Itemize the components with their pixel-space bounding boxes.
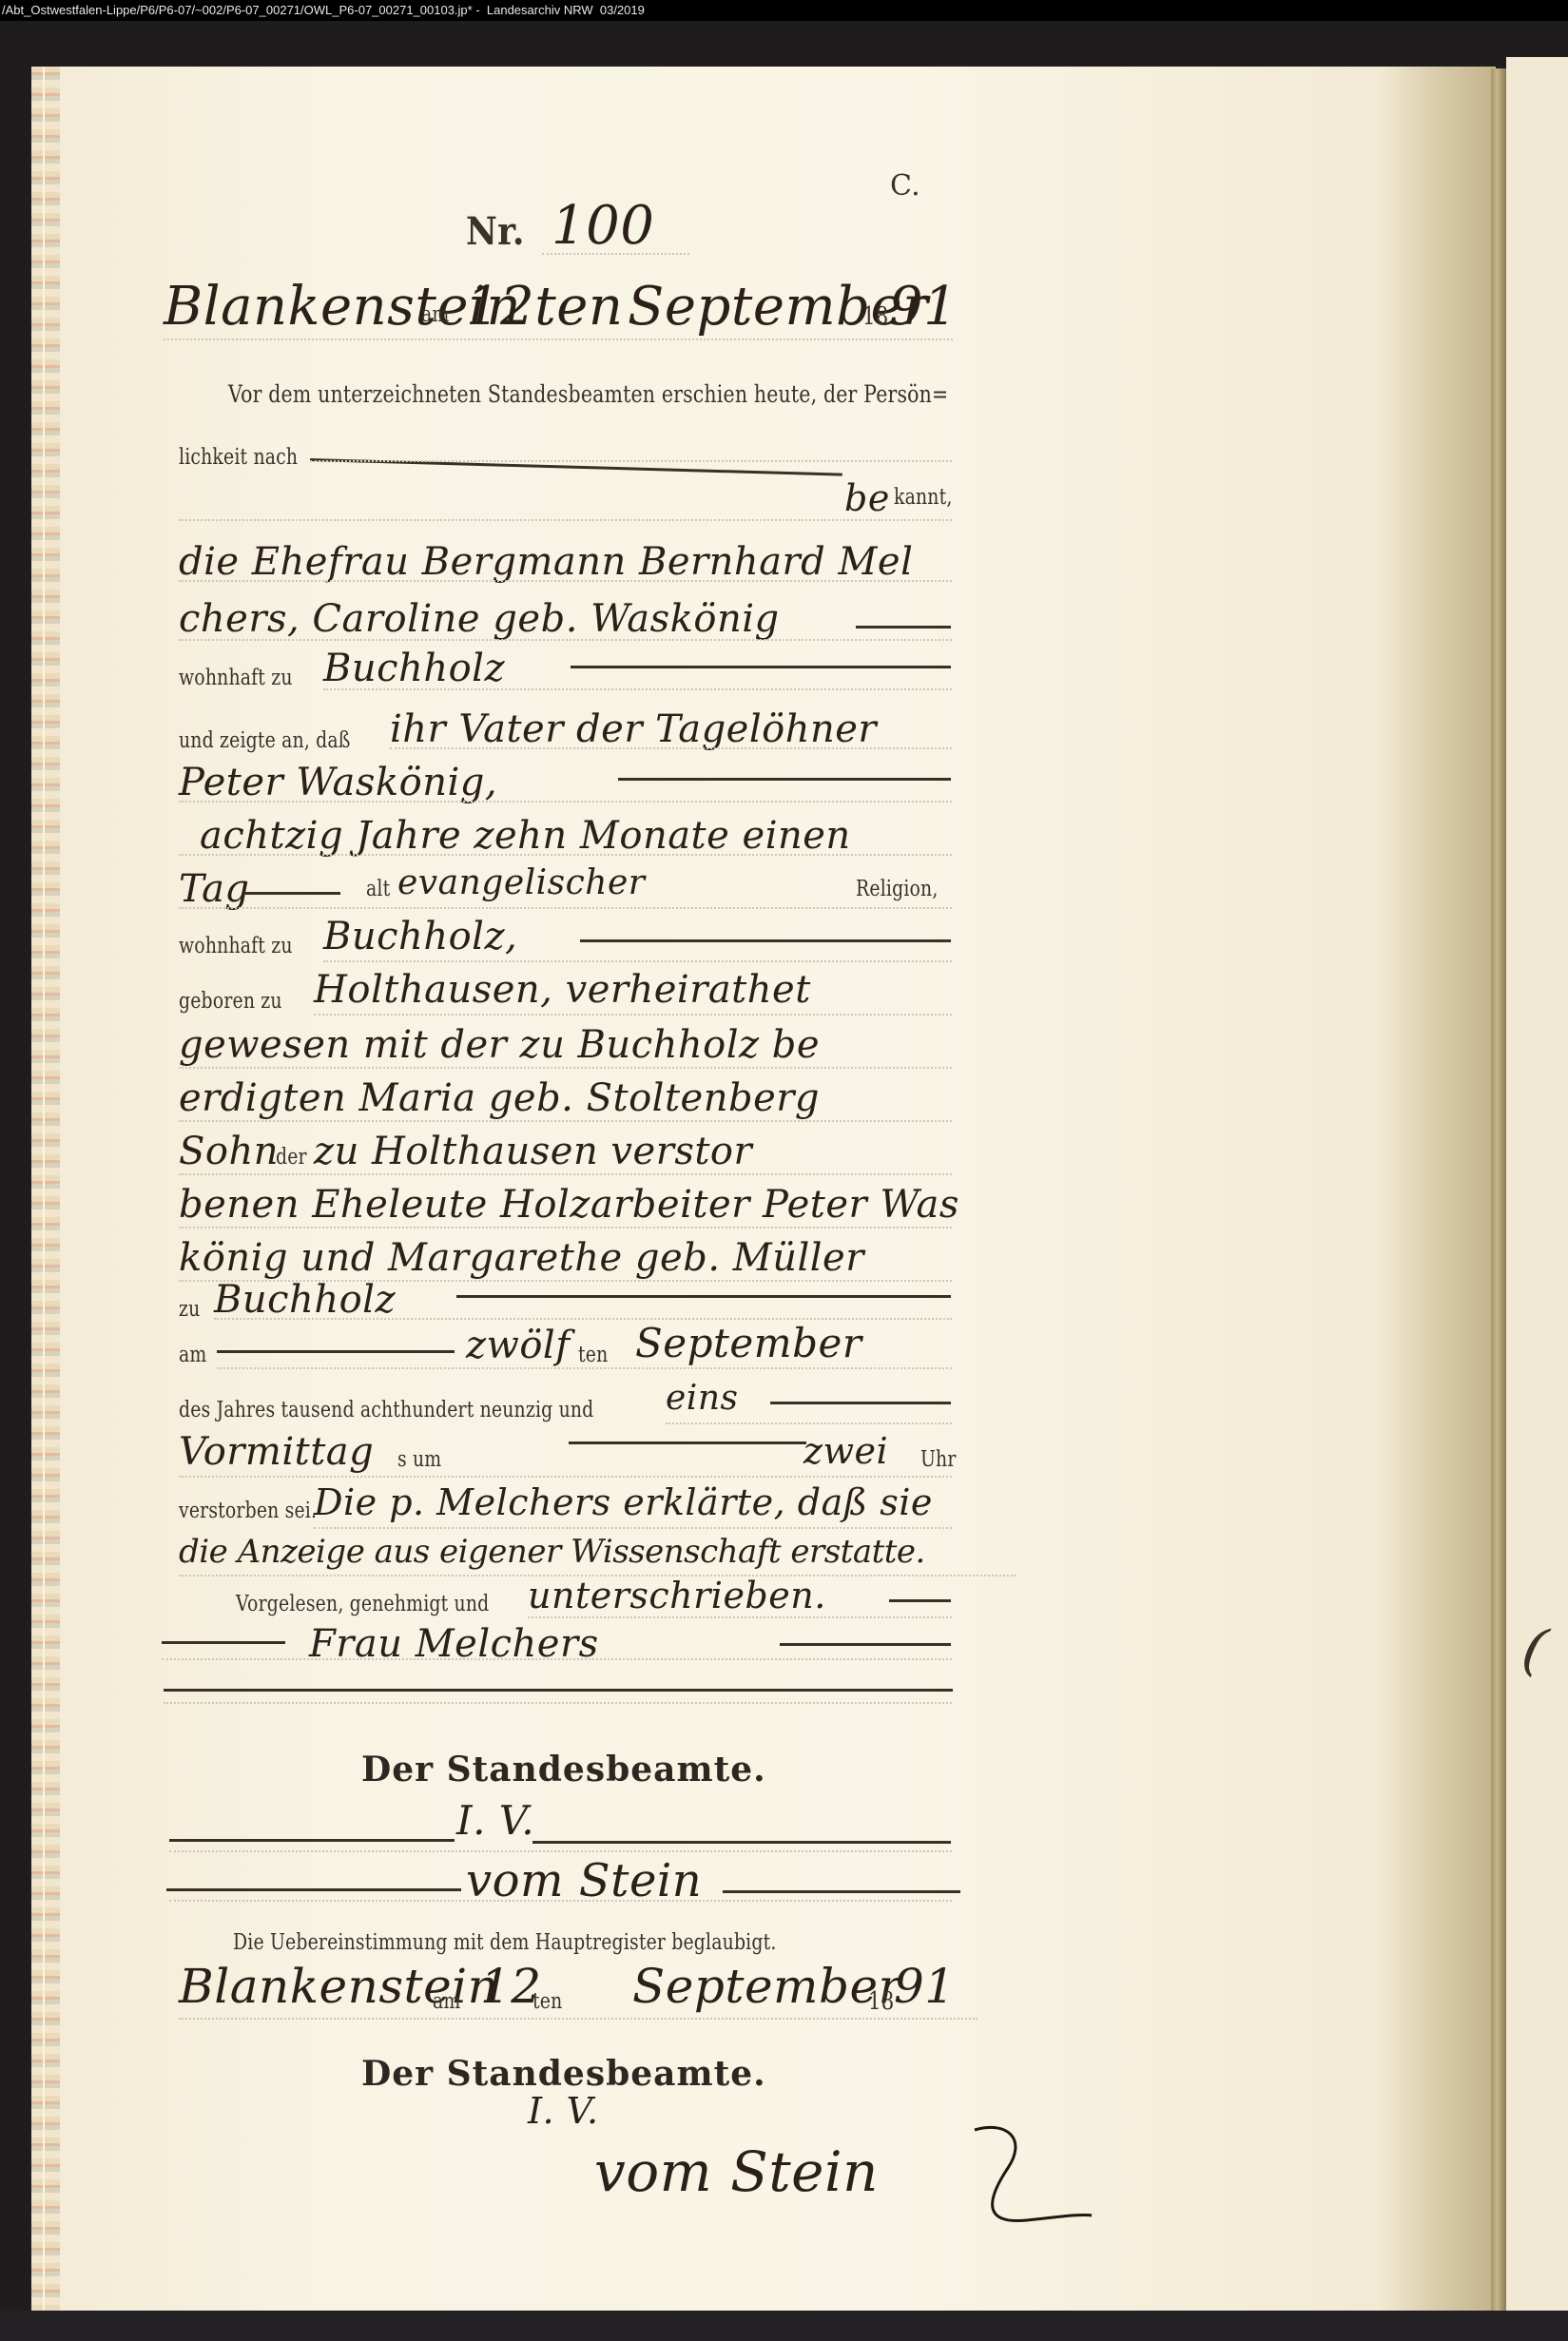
dotted-line	[179, 519, 952, 521]
identity-suffix: kannt,	[894, 485, 953, 510]
dotted-line	[323, 688, 952, 690]
death-day-word: zwölf	[466, 1324, 571, 1367]
dotted-line	[169, 1850, 952, 1852]
signature-line-right	[780, 1643, 951, 1646]
record-number-label: Nr.	[466, 209, 525, 254]
form-letter: C.	[890, 169, 920, 203]
declaration-label: verstorben sei.	[179, 1499, 317, 1523]
ink-filler-line	[456, 1295, 951, 1298]
year-suffix: 91	[889, 276, 958, 338]
birth-line-3: erdigten Maria geb. Stoltenberg	[179, 1076, 820, 1120]
signature-line-left	[162, 1641, 285, 1644]
intro-line: Vor dem unterzeichneten Standesbeamten e…	[228, 380, 948, 408]
residence-value: Buchholz	[323, 647, 505, 690]
dotted-line	[179, 907, 952, 909]
death-month: September	[635, 1320, 861, 1366]
dotted-line	[323, 960, 952, 962]
dotted-line	[179, 639, 952, 641]
dotted-line	[390, 747, 952, 749]
religion-label: Religion,	[856, 877, 939, 901]
declaration-line-2: die Anzeige aus eigener Wissenschaft ers…	[179, 1533, 925, 1571]
signature-flourish	[970, 2101, 1094, 2244]
window-title-bar: /Abt_Ostwestfalen-Lippe/P6/P6-07/~002/P6…	[0, 0, 1568, 21]
alt-label: alt	[366, 877, 390, 901]
ink-filler-line	[245, 892, 340, 895]
announcement-label: und zeigte an, daß	[179, 728, 351, 753]
death-place-value: Buchholz	[214, 1278, 396, 1322]
informant-line-2: chers, Caroline geb. Waskönig	[179, 597, 780, 641]
year-label: des Jahres tausend achthundert neunzig u…	[179, 1398, 593, 1422]
date-dotted-line	[164, 339, 953, 340]
read-approved-value: unterschrieben.	[528, 1575, 826, 1616]
cert-month: September	[632, 1959, 901, 2014]
der-label: der	[276, 1145, 307, 1170]
cert-am-label: am	[433, 1989, 460, 2014]
dotted-line	[179, 1227, 952, 1229]
am-label: am	[421, 302, 449, 327]
dotted-line	[666, 1422, 952, 1424]
residence-label: wohnhaft zu	[179, 666, 293, 690]
registrar-signature-2: vom Stein	[594, 2139, 879, 2204]
dotted-line	[179, 2018, 978, 2020]
death-am-label: am	[179, 1343, 206, 1367]
birth-line-5: benen Eheleute Holzarbeiter Peter Was	[179, 1183, 959, 1227]
date-day: 12ten	[466, 276, 623, 338]
ink-line	[723, 1890, 960, 1893]
uhr-label: Uhr	[920, 1447, 957, 1472]
dotted-line	[314, 1527, 952, 1529]
record-number-value: 100	[552, 195, 654, 257]
announcement-line-2: Peter Waskönig,	[179, 761, 497, 804]
page-edge-stack	[31, 67, 60, 2311]
birth-line-4-rest: zu Holthausen verstor	[314, 1130, 752, 1173]
time-hour: zwei	[803, 1430, 888, 1472]
ink-line	[532, 1841, 951, 1844]
ink-line	[166, 1888, 461, 1891]
identity-handwritten: be	[844, 477, 890, 519]
ink-filler-line	[889, 1599, 951, 1602]
deceased-residence-value: Buchholz,	[323, 915, 517, 958]
adjacent-page: (	[1506, 57, 1568, 2311]
dotted-line	[164, 1702, 952, 1704]
identity-dotted-line	[310, 460, 952, 462]
registrar-iv-2: I. V.	[528, 2090, 599, 2132]
dotted-line	[314, 1014, 952, 1016]
registrar-heading: Der Standesbeamte.	[361, 1750, 766, 1790]
cert-ten-suffix: ten	[532, 1989, 562, 2014]
dotted-line	[179, 1476, 952, 1478]
announcement-line-1: ihr Vater der Tagelöhner	[390, 707, 877, 751]
announcement-line-4: Tag	[179, 867, 250, 911]
certification-text: Die Uebereinstimmung mit dem Hauptregist…	[233, 1930, 777, 1955]
dotted-line	[179, 1173, 952, 1175]
ink-line	[169, 1839, 455, 1842]
ten-suffix: ten	[578, 1343, 608, 1367]
deceased-residence-label: wohnhaft zu	[179, 934, 293, 958]
ink-closing-line	[164, 1689, 953, 1692]
ink-filler-line	[571, 666, 951, 668]
year-prefix: 18	[862, 302, 888, 331]
registrar-iv: I. V.	[456, 1797, 534, 1844]
adjacent-page-ink-mark: (	[1517, 1615, 1552, 1684]
dotted-line	[217, 1367, 952, 1369]
ink-filler-line	[618, 778, 951, 781]
year-value: eins	[666, 1379, 738, 1418]
birth-line-6: könig und Margarethe geb. Müller	[179, 1236, 864, 1280]
scan-background	[0, 2311, 1568, 2341]
ink-filler-line	[217, 1350, 455, 1353]
death-place-label: zu	[179, 1297, 200, 1322]
birth-line-4-sohn: Sohn	[179, 1130, 279, 1173]
dotted-line	[162, 1658, 952, 1660]
time-period: Vormittag	[179, 1430, 374, 1474]
dotted-line	[528, 1616, 952, 1618]
declaration-line-1: Die p. Melchers erklärte, daß sie	[314, 1481, 933, 1523]
dotted-line	[179, 854, 952, 856]
ink-filler-line	[856, 626, 951, 629]
number-dotted-line	[542, 253, 689, 255]
dotted-line	[169, 1900, 952, 1902]
identity-label: lichkeit nach	[179, 445, 298, 470]
informant-line-1: die Ehefrau Bergmann Bernhard Mel	[179, 540, 913, 584]
dotted-line	[179, 1120, 952, 1122]
birth-label: geboren zu	[179, 989, 282, 1014]
religion-value: evangelischer	[397, 863, 646, 902]
ink-filler-line	[770, 1402, 951, 1404]
registrar-heading-2: Der Standesbeamte.	[361, 2054, 766, 2094]
birth-line-2: gewesen mit der zu Buchholz be	[179, 1023, 820, 1067]
dotted-line	[179, 580, 952, 582]
birth-line-1: Holthausen, verheirathet	[314, 968, 811, 1012]
read-approved-label: Vorgelesen, genehmigt und	[236, 1592, 489, 1616]
ink-filler-line	[569, 1441, 806, 1444]
cert-year-prefix: 18	[868, 1987, 894, 2016]
s-um-label: s um	[397, 1447, 441, 1472]
book-gutter	[1491, 68, 1506, 2311]
announcement-line-3: achtzig Jahre zehn Monate einen	[200, 814, 851, 858]
ink-filler-line	[580, 939, 951, 942]
dotted-line	[179, 801, 952, 803]
dotted-line	[179, 1067, 952, 1069]
cert-year-suffix: 91	[894, 1959, 956, 2014]
